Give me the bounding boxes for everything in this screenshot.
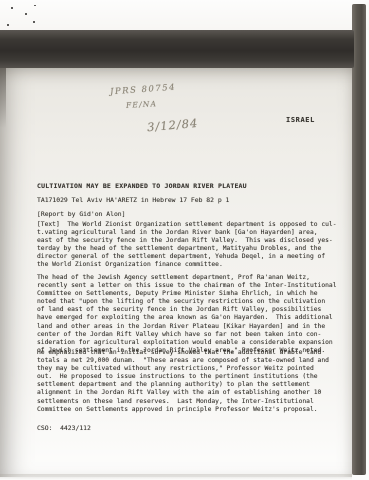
cso-reference: CSO: 4423/112	[37, 424, 91, 432]
article-source-line: TA171029 Tel Aviv HA'ARETZ in Hebrew 17 …	[37, 196, 229, 204]
scan-speck	[7, 24, 9, 26]
scan-smudge	[0, 68, 6, 128]
scan-speck	[33, 21, 35, 23]
scan-speck	[11, 7, 13, 9]
article-paragraph: The head of the Jewish Agency settlement…	[37, 274, 337, 355]
scan-speck	[34, 5, 36, 6]
article-paragraph: He emphasized that an initial survey sho…	[37, 349, 329, 414]
article-paragraph: [Text] The World Zionist Organization se…	[37, 221, 337, 270]
scan-edge-band-vertical	[352, 4, 366, 475]
scan-top-margin	[0, 0, 369, 30]
country-label: ISRAEL	[286, 116, 315, 124]
scan-bottom-fade	[0, 474, 352, 480]
scan-speck	[25, 13, 27, 15]
handwritten-code: FE/NA	[126, 99, 158, 110]
article-title: CULTIVATION MAY BE EXPANDED TO JORDAN RI…	[37, 182, 247, 190]
scanned-document-page: JPRS 80754 FE/NA 3/12/84 ISRAEL CULTIVAT…	[0, 0, 369, 480]
scan-edge-band-horizontal	[0, 30, 354, 68]
article-byline: [Report by Gid'on Alon]	[37, 210, 126, 218]
